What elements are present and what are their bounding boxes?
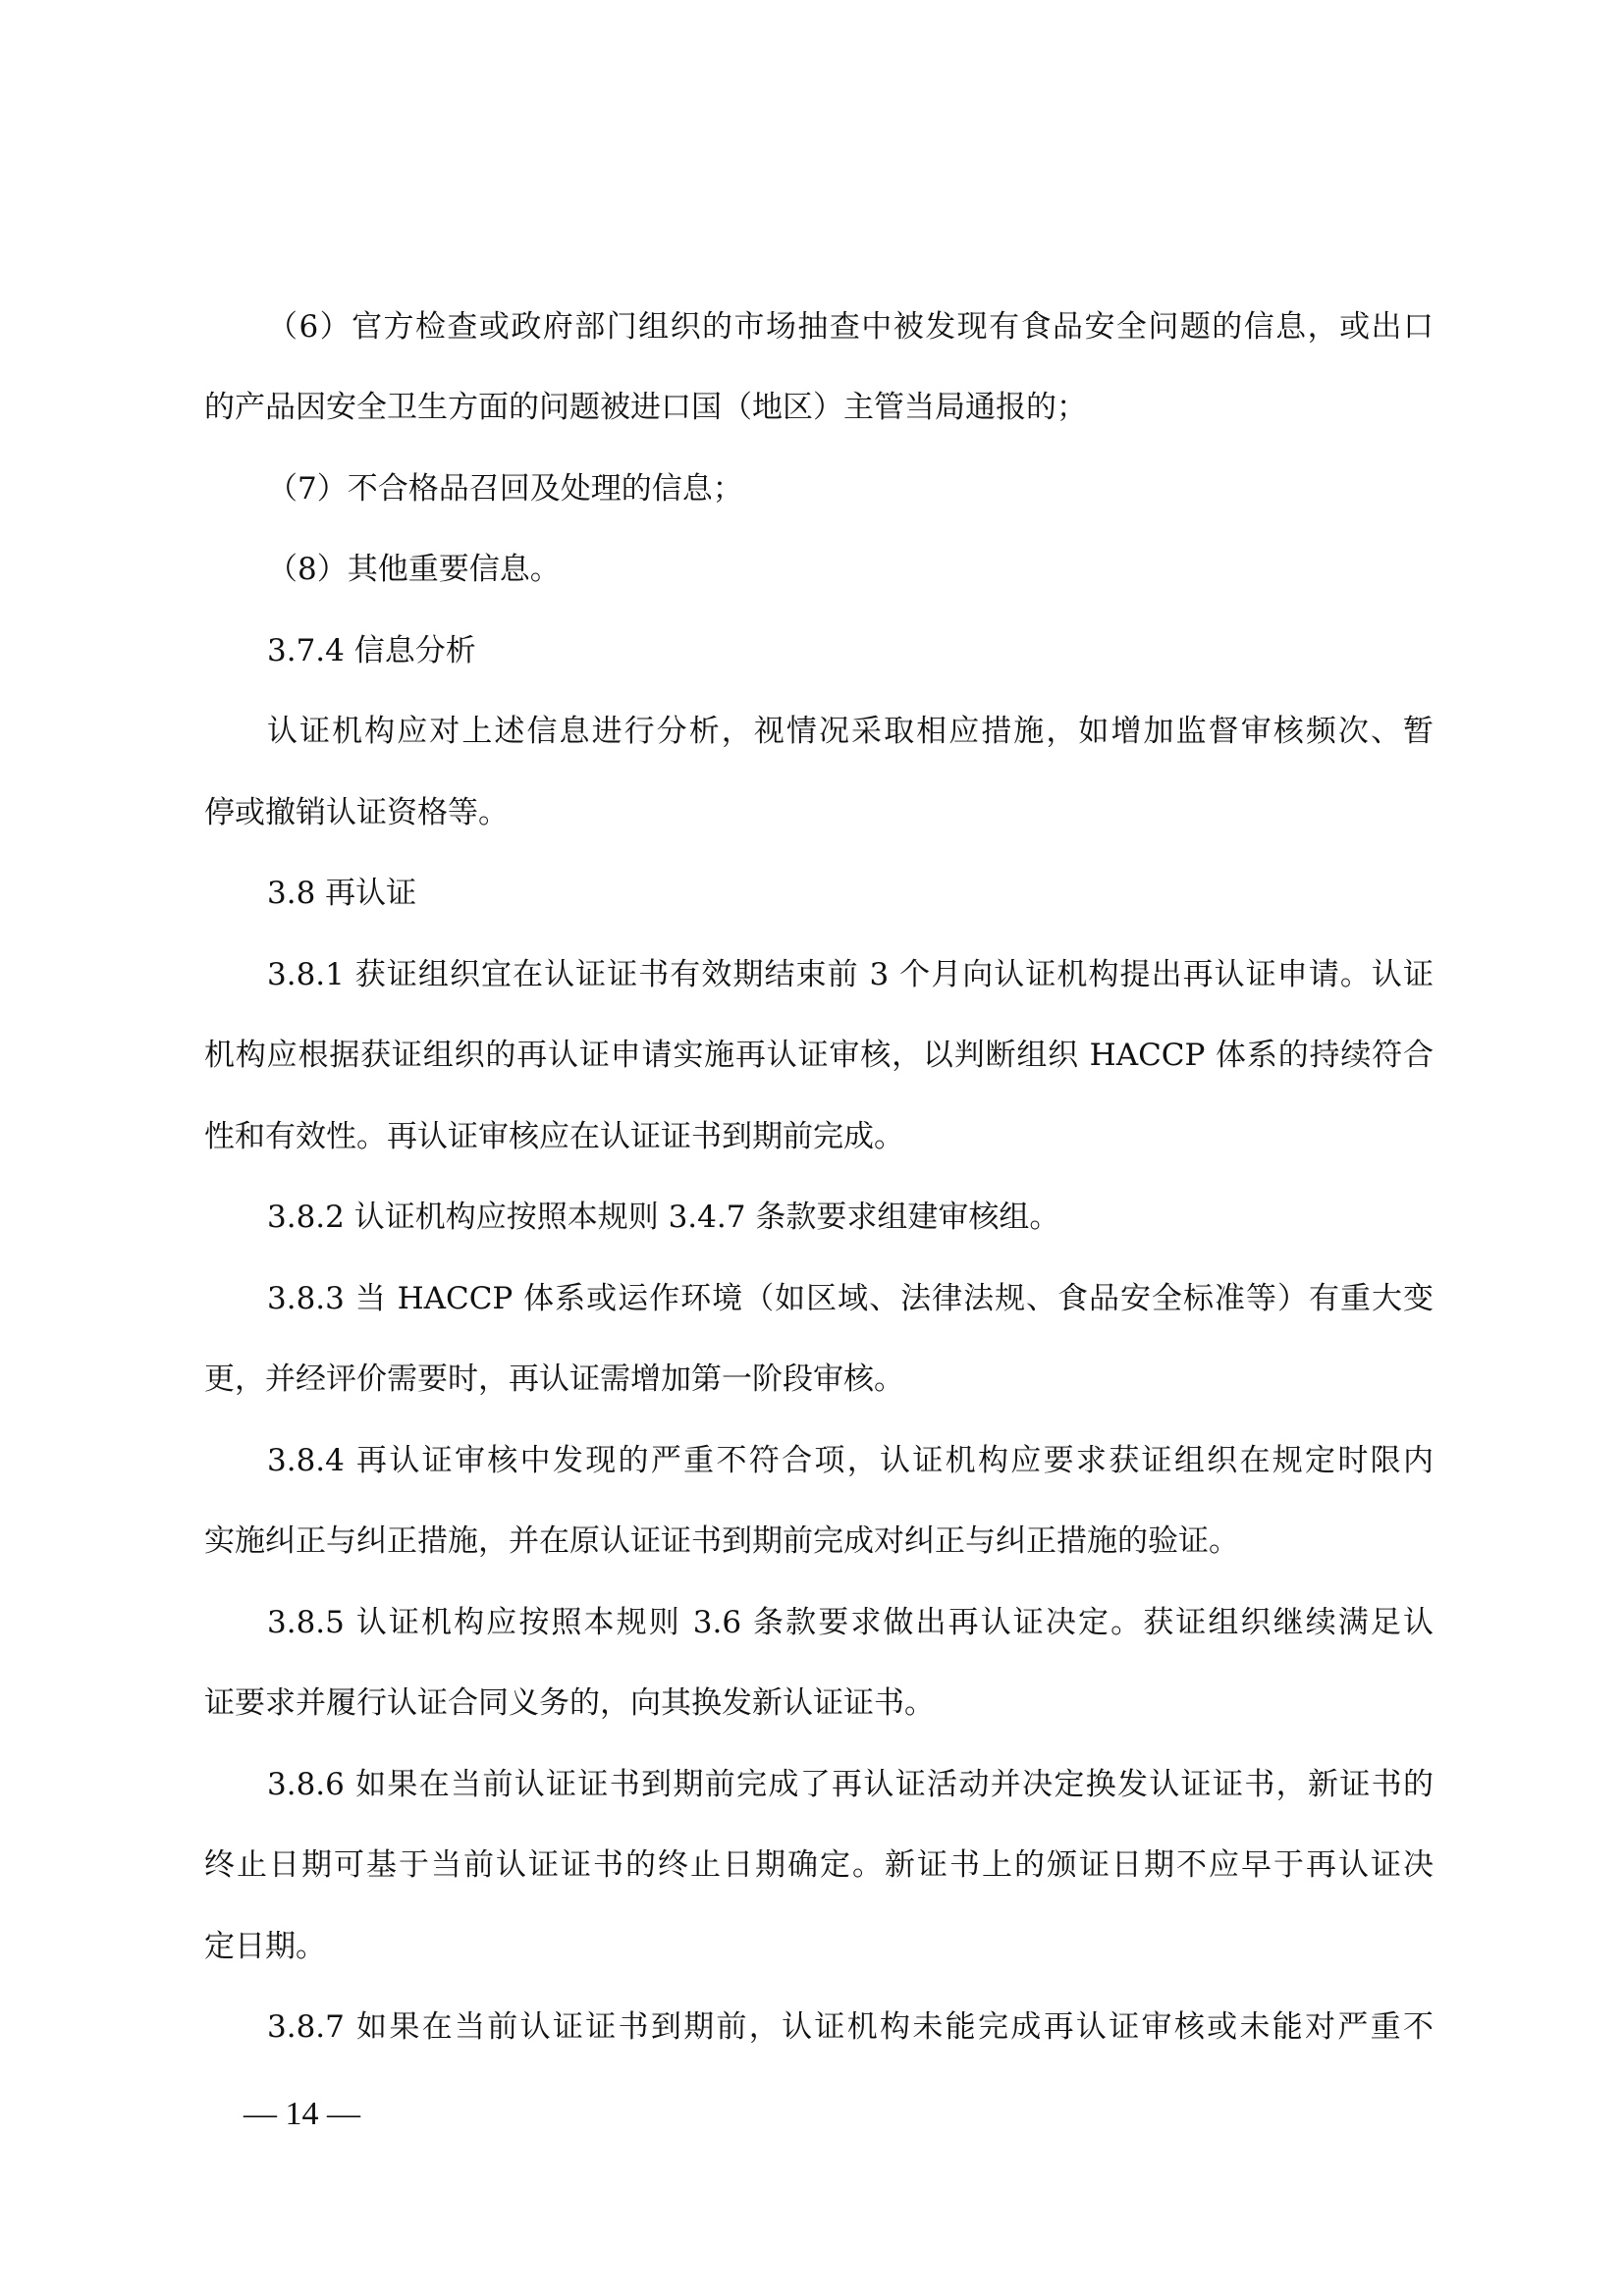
text-line-3-8-1: 3.8.1 获证组织宜在认证证书有效期结束前 3 个月向认证机构提出再认证申请。… [267,951,1434,998]
text-line-3-8-1-cont-2: 性和有效性。再认证审核应在认证证书到期前完成。 [204,1113,1434,1160]
text-line-3-8-2: 3.8.2 认证机构应按照本规则 3.4.7 条款要求组建审核组。 [267,1194,1434,1241]
page-number: — 14 — [244,2091,360,2138]
text-line-3-8-6-cont-1: 终止日期可基于当前认证证书的终止日期确定。新证书上的颁证日期不应早于再认证决 [204,1842,1434,1889]
text-line-3-8-7: 3.8.7 如果在当前认证证书到期前，认证机构未能完成再认证审核或未能对严重不 [267,2003,1434,2051]
text-line-info-analysis-cont: 停或撤销认证资格等。 [204,789,1434,836]
text-line-3-8-4: 3.8.4 再认证审核中发现的严重不符合项，认证机构应要求获证组织在规定时限内 [267,1437,1434,1484]
text-line-item-8: （8）其他重要信息。 [267,546,1434,593]
document-page: （6）官方检查或政府部门组织的市场抽查中被发现有食品安全问题的信息，或出口 的产… [0,0,1624,2296]
text-line-3-8-5: 3.8.5 认证机构应按照本规则 3.6 条款要求做出再认证决定。获证组织继续满… [267,1599,1434,1646]
text-line-3-8-5-cont: 证要求并履行认证合同义务的，向其换发新认证证书。 [204,1680,1434,1727]
text-line-item-6-cont: 的产品因安全卫生方面的问题被进口国（地区）主管当局通报的； [204,384,1434,431]
heading-3-8: 3.8 再认证 [267,870,1434,917]
text-line-3-8-1-cont-1: 机构应根据获证组织的再认证申请实施再认证审核，以判断组织 HACCP 体系的持续… [204,1032,1434,1079]
text-line-3-8-6: 3.8.6 如果在当前认证证书到期前完成了再认证活动并决定换发认证证书，新证书的 [267,1761,1434,1808]
text-line-3-8-3-cont: 更，并经评价需要时，再认证需增加第一阶段审核。 [204,1356,1434,1403]
text-line-3-8-6-cont-2: 定日期。 [204,1923,1434,1970]
text-line-info-analysis: 认证机构应对上述信息进行分析，视情况采取相应措施，如增加监督审核频次、暂 [267,708,1434,755]
heading-3-7-4: 3.7.4 信息分析 [267,627,1434,674]
text-line-item-6: （6）官方检查或政府部门组织的市场抽查中被发现有食品安全问题的信息，或出口 [267,303,1434,350]
text-line-3-8-4-cont: 实施纠正与纠正措施，并在原认证证书到期前完成对纠正与纠正措施的验证。 [204,1518,1434,1565]
text-line-item-7: （7）不合格品召回及处理的信息； [267,465,1434,512]
text-line-3-8-3: 3.8.3 当 HACCP 体系或运作环境（如区域、法律法规、食品安全标准等）有… [267,1275,1434,1322]
